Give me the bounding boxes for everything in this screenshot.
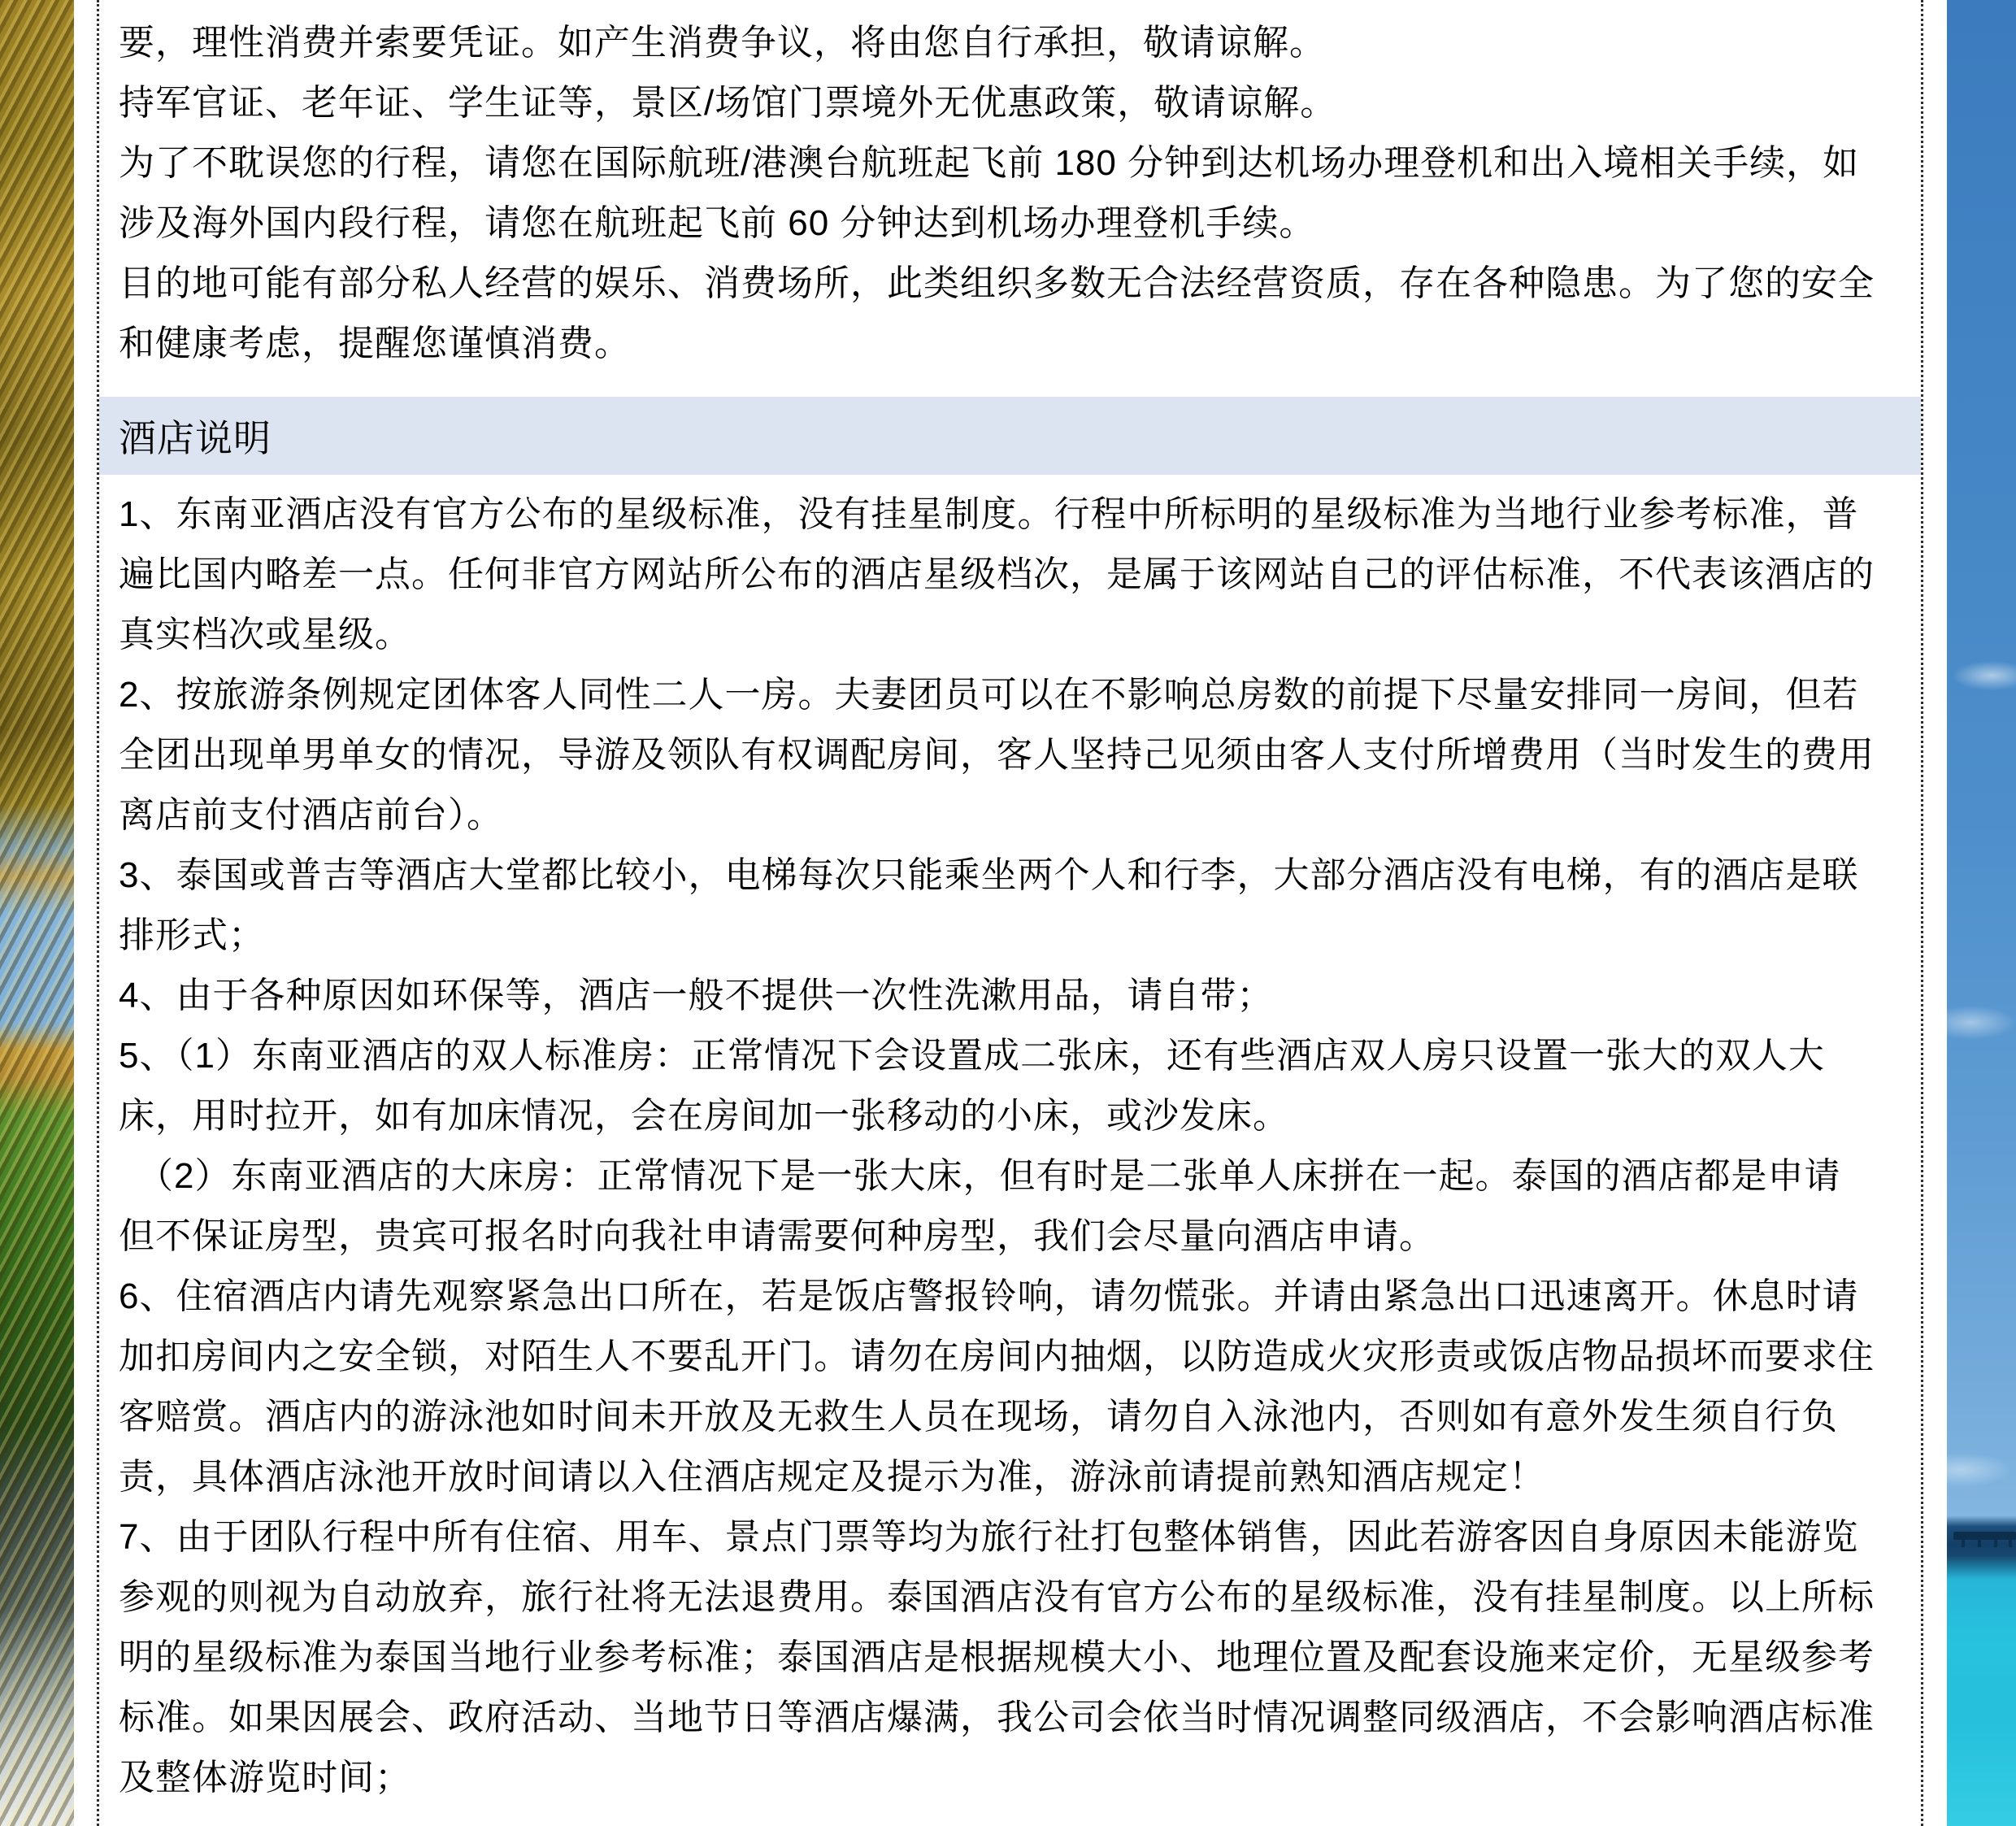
document-text-line: 3、泰国或普吉等酒店大堂都比较小，电梯每次只能乘坐两个人和行李，大部分酒店没有电… bbox=[99, 846, 1921, 906]
document-text-line: 床，用时拉开，如有加床情况，会在房间加一张移动的小床，或沙发床。 bbox=[99, 1086, 1921, 1146]
document-text-line: 1、东南亚酒店没有官方公布的星级标准，没有挂星制度。行程中所标明的星级标准为当地… bbox=[99, 485, 1921, 545]
document-text-line: 和健康考虑，提醒您谨慎消费。 bbox=[99, 314, 1921, 374]
document-text-line: 6、住宿酒店内请先观察紧急出口所在，若是饭店警报铃响，请勿慌张。并请由紧急出口迅… bbox=[99, 1267, 1921, 1327]
intro-paragraph: 要，理性消费并索要凭证。如产生消费争议，将由您自行承担，敬请谅解。持军官证、老年… bbox=[99, 13, 1921, 374]
document-text-line: 离店前支付酒店前台）。 bbox=[99, 785, 1921, 846]
document-text-line: 排形式； bbox=[99, 906, 1921, 966]
body-paragraph: 1、东南亚酒店没有官方公布的星级标准，没有挂星制度。行程中所标明的星级标准为当地… bbox=[99, 485, 1921, 1808]
document-text-line: 明的星级标准为泰国当地行业参考标准；泰国酒店是根据规模大小、地理位置及配套设施来… bbox=[99, 1628, 1921, 1688]
document-text-line: 真实档次或星级。 bbox=[99, 605, 1921, 665]
document-panel: 要，理性消费并索要凭证。如产生消费争议，将由您自行承担，敬请谅解。持军官证、老年… bbox=[97, 0, 1923, 1826]
document-text-line: 但不保证房型，贵宾可报名时向我社申请需要何种房型，我们会尽量向酒店申请。 bbox=[99, 1206, 1921, 1267]
document-text-line: 遍比国内略差一点。任何非官方网站所公布的酒店星级档次，是属于该网站自己的评估标准… bbox=[99, 545, 1921, 605]
document-text-line: 5、（1）东南亚酒店的双人标准房：正常情况下会设置成二张床，还有些酒店双人房只设… bbox=[99, 1026, 1921, 1086]
document-text-line: 要，理性消费并索要凭证。如产生消费争议，将由您自行承担，敬请谅解。 bbox=[99, 13, 1921, 73]
document-text-line: 及整体游览时间； bbox=[99, 1748, 1921, 1808]
document-text-line: 加扣房间内之安全锁，对陌生人不要乱开门。请勿在房间内抽烟，以防造成火灾形责或饭店… bbox=[99, 1327, 1921, 1387]
document-text-line: 目的地可能有部分私人经营的娱乐、消费场所，此类组织多数无合法经营资质，存在各种隐… bbox=[99, 254, 1921, 314]
left-photo-strip bbox=[0, 0, 74, 1826]
right-photo-strip bbox=[1947, 0, 2016, 1826]
document-text-line: （2）东南亚酒店的大床房：正常情况下是一张大床，但有时是二张单人床拼在一起。泰国… bbox=[99, 1146, 1921, 1206]
document-text-line: 标准。如果因展会、政府活动、当地节日等酒店爆满，我公司会依当时情况调整同级酒店，… bbox=[99, 1688, 1921, 1748]
section-header-band: 酒店说明 bbox=[99, 397, 1921, 475]
pier-silhouette bbox=[1953, 1532, 2016, 1540]
document-text-line: 持军官证、老年证、学生证等，景区/场馆门票境外无优惠政策，敬请谅解。 bbox=[99, 73, 1921, 133]
document-text-line: 全团出现单男单女的情况，导游及领队有权调配房间，客人坚持己见须由客人支付所增费用… bbox=[99, 725, 1921, 785]
document-text-line: 责，具体酒店泳池开放时间请以入住酒店规定及提示为准，游泳前请提前熟知酒店规定！ bbox=[99, 1447, 1921, 1507]
document-text-line: 4、由于各种原因如环保等，酒店一般不提供一次性洗漱用品，请自带； bbox=[99, 966, 1921, 1026]
document-text-line: 参观的则视为自动放弃，旅行社将无法退费用。泰国酒店没有官方公布的星级标准，没有挂… bbox=[99, 1567, 1921, 1628]
document-text-line: 涉及海外国内段行程，请您在航班起飞前 60 分钟达到机场办理登机手续。 bbox=[99, 193, 1921, 254]
document-text-line: 为了不耽误您的行程，请您在国际航班/港澳台航班起飞前 180 分钟到达机场办理登… bbox=[99, 133, 1921, 193]
document-text-line: 客赔赏。酒店内的游泳池如时间未开放及无救生人员在现场，请勿自入泳池内，否则如有意… bbox=[99, 1387, 1921, 1447]
section-header-label: 酒店说明 bbox=[119, 409, 272, 463]
document-text-line: 2、按旅游条例规定团体客人同性二人一房。夫妻团员可以在不影响总房数的前提下尽量安… bbox=[99, 665, 1921, 725]
document-text-line: 7、由于团队行程中所有住宿、用车、景点门票等均为旅行社打包整体销售，因此若游客因… bbox=[99, 1507, 1921, 1567]
